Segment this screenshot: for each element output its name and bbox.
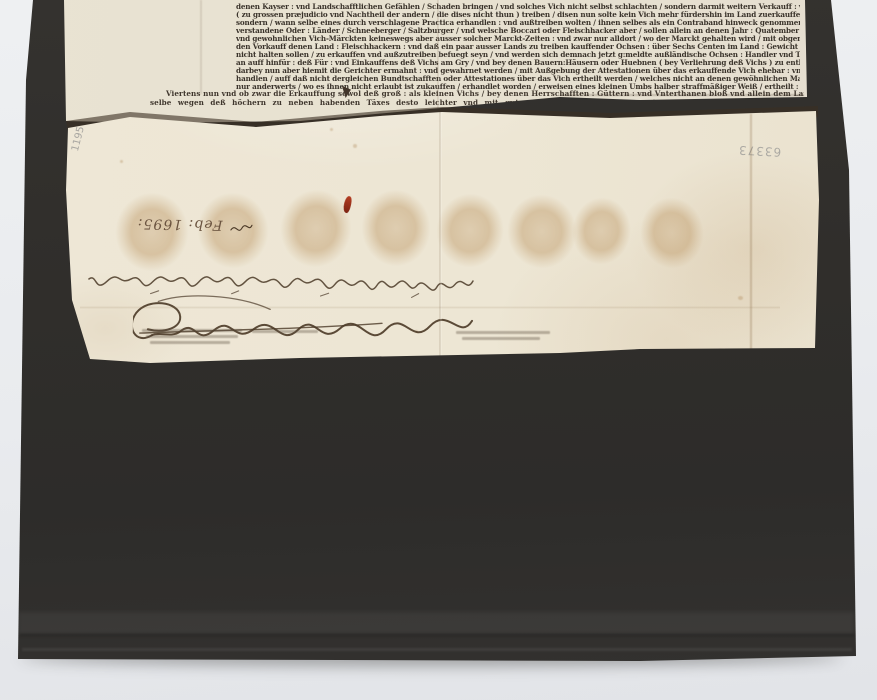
- pencil-number-right: 63373: [738, 143, 782, 159]
- signature-flourish-2: [132, 279, 478, 363]
- seal-stain-4: [358, 186, 434, 270]
- faint-print-fragment: [146, 335, 238, 338]
- horizontal-crease: [80, 306, 780, 309]
- pencil-number-top-left: 1195: [70, 125, 87, 152]
- mat-crease-line: [20, 634, 854, 636]
- foxing-spot: [738, 296, 743, 300]
- seal-stain-6: [503, 191, 580, 273]
- faint-print-fragment: [150, 341, 230, 344]
- faint-print-fragment: [142, 329, 242, 332]
- printed-text-block: denen Kayser : vnd Landschafftlichen Gef…: [236, 3, 800, 91]
- red-wax-remnant: [342, 195, 353, 213]
- seal-stain-5: [432, 189, 508, 272]
- foxing-spot: [330, 128, 333, 131]
- ink-date-text: Feb: 1695:: [137, 215, 223, 232]
- seal-stain-7: [568, 193, 636, 269]
- foxing-spot: [353, 144, 357, 148]
- faint-print-fragment: [456, 331, 550, 334]
- vertical-fold-crease: [439, 112, 442, 360]
- mat-bottom-edge-highlight: [22, 648, 852, 651]
- paper-layer-edge: [200, 0, 202, 94]
- faint-print-fragment: [462, 337, 540, 340]
- vertical-fold-crease-right: [750, 114, 752, 356]
- photograph-of-historical-document: { "document": { "kind_label": "printed-d…: [0, 0, 877, 700]
- mat-crease-band: [18, 612, 854, 634]
- ink-scribble: [228, 217, 254, 237]
- ink-date-annotation: Feb: 1695:: [104, 207, 255, 240]
- printed-line: Viertens nun vnd ob zwar die Erkauffung …: [150, 89, 804, 98]
- vertical-fold-crease: [437, 0, 440, 112]
- seal-stain-8: [635, 192, 710, 273]
- faint-print-fragment: [252, 330, 318, 333]
- foxing-spot: [120, 160, 123, 163]
